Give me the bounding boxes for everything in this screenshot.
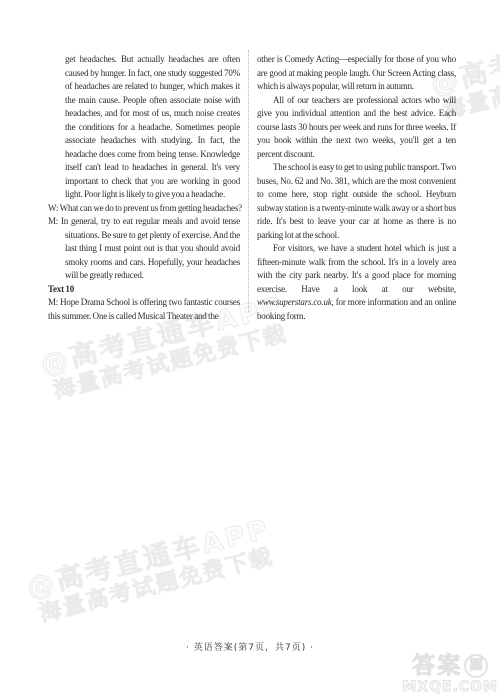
paragraph-transport: The school is easy to get to using publi… xyxy=(257,161,456,242)
speaker-label: W: xyxy=(48,203,58,213)
right-column: other is Comedy Acting—especially for th… xyxy=(257,53,456,323)
website-url: www.superstars.co.uk xyxy=(257,297,332,307)
logo-text: 答案 xyxy=(412,653,462,679)
dialogue-line-m: M: In general, try to eat regular meals … xyxy=(48,215,240,283)
dialogue-line-m2: M: Hope Drama School is offering two fan… xyxy=(48,296,240,323)
dialogue-text: Hope Drama School is offering two fantas… xyxy=(48,297,240,321)
diagonal-watermark-2: @高考直通车APP 海量高考试题免费下载 xyxy=(24,515,280,630)
dialogue-text: What can we do to prevent us from gettin… xyxy=(60,203,242,213)
watermark-line-2: 海量高考试题免费下载 xyxy=(37,544,280,628)
speaker-label: M: xyxy=(48,216,58,226)
paragraph-visitors: For visitors, we have a student hotel wh… xyxy=(257,242,456,323)
page-footer: · 英语答案(第7页，共7页) · xyxy=(0,640,500,653)
left-column: get headaches. But actually headaches ar… xyxy=(48,53,240,323)
dialogue-text: In general, try to eat regular meals and… xyxy=(61,216,240,280)
paragraph-teachers: All of our teachers are professional act… xyxy=(257,94,456,162)
corner-watermark-logo: 答案圈 MXQE.COM xyxy=(402,653,498,696)
logo-text-row: 答案圈 xyxy=(402,653,498,679)
paragraph-continuation: other is Comedy Acting—especially for th… xyxy=(257,53,456,94)
transcript-continuation-paragraph: get headaches. But actually headaches ar… xyxy=(65,53,240,202)
speaker-label: M: xyxy=(48,297,58,307)
paragraph-text-before-url: For visitors, we have a student hotel wh… xyxy=(257,243,456,294)
column-divider xyxy=(248,50,249,312)
scanned-answer-page: @高考直通车APP 海量高考试题免费下载 @高考直通车APP 海量高考试题免费下… xyxy=(0,0,500,696)
text-10-heading: Text 10 xyxy=(48,283,240,297)
dialogue-line-w: W: What can we do to prevent us from get… xyxy=(48,202,240,216)
logo-site-text: MXQE.COM xyxy=(402,679,498,696)
logo-circle-icon: 圈 xyxy=(464,654,488,678)
watermark-line-2: 海量高考试题免费下载 xyxy=(51,321,294,405)
watermark-line-1: @高考直通车APP xyxy=(24,515,273,604)
